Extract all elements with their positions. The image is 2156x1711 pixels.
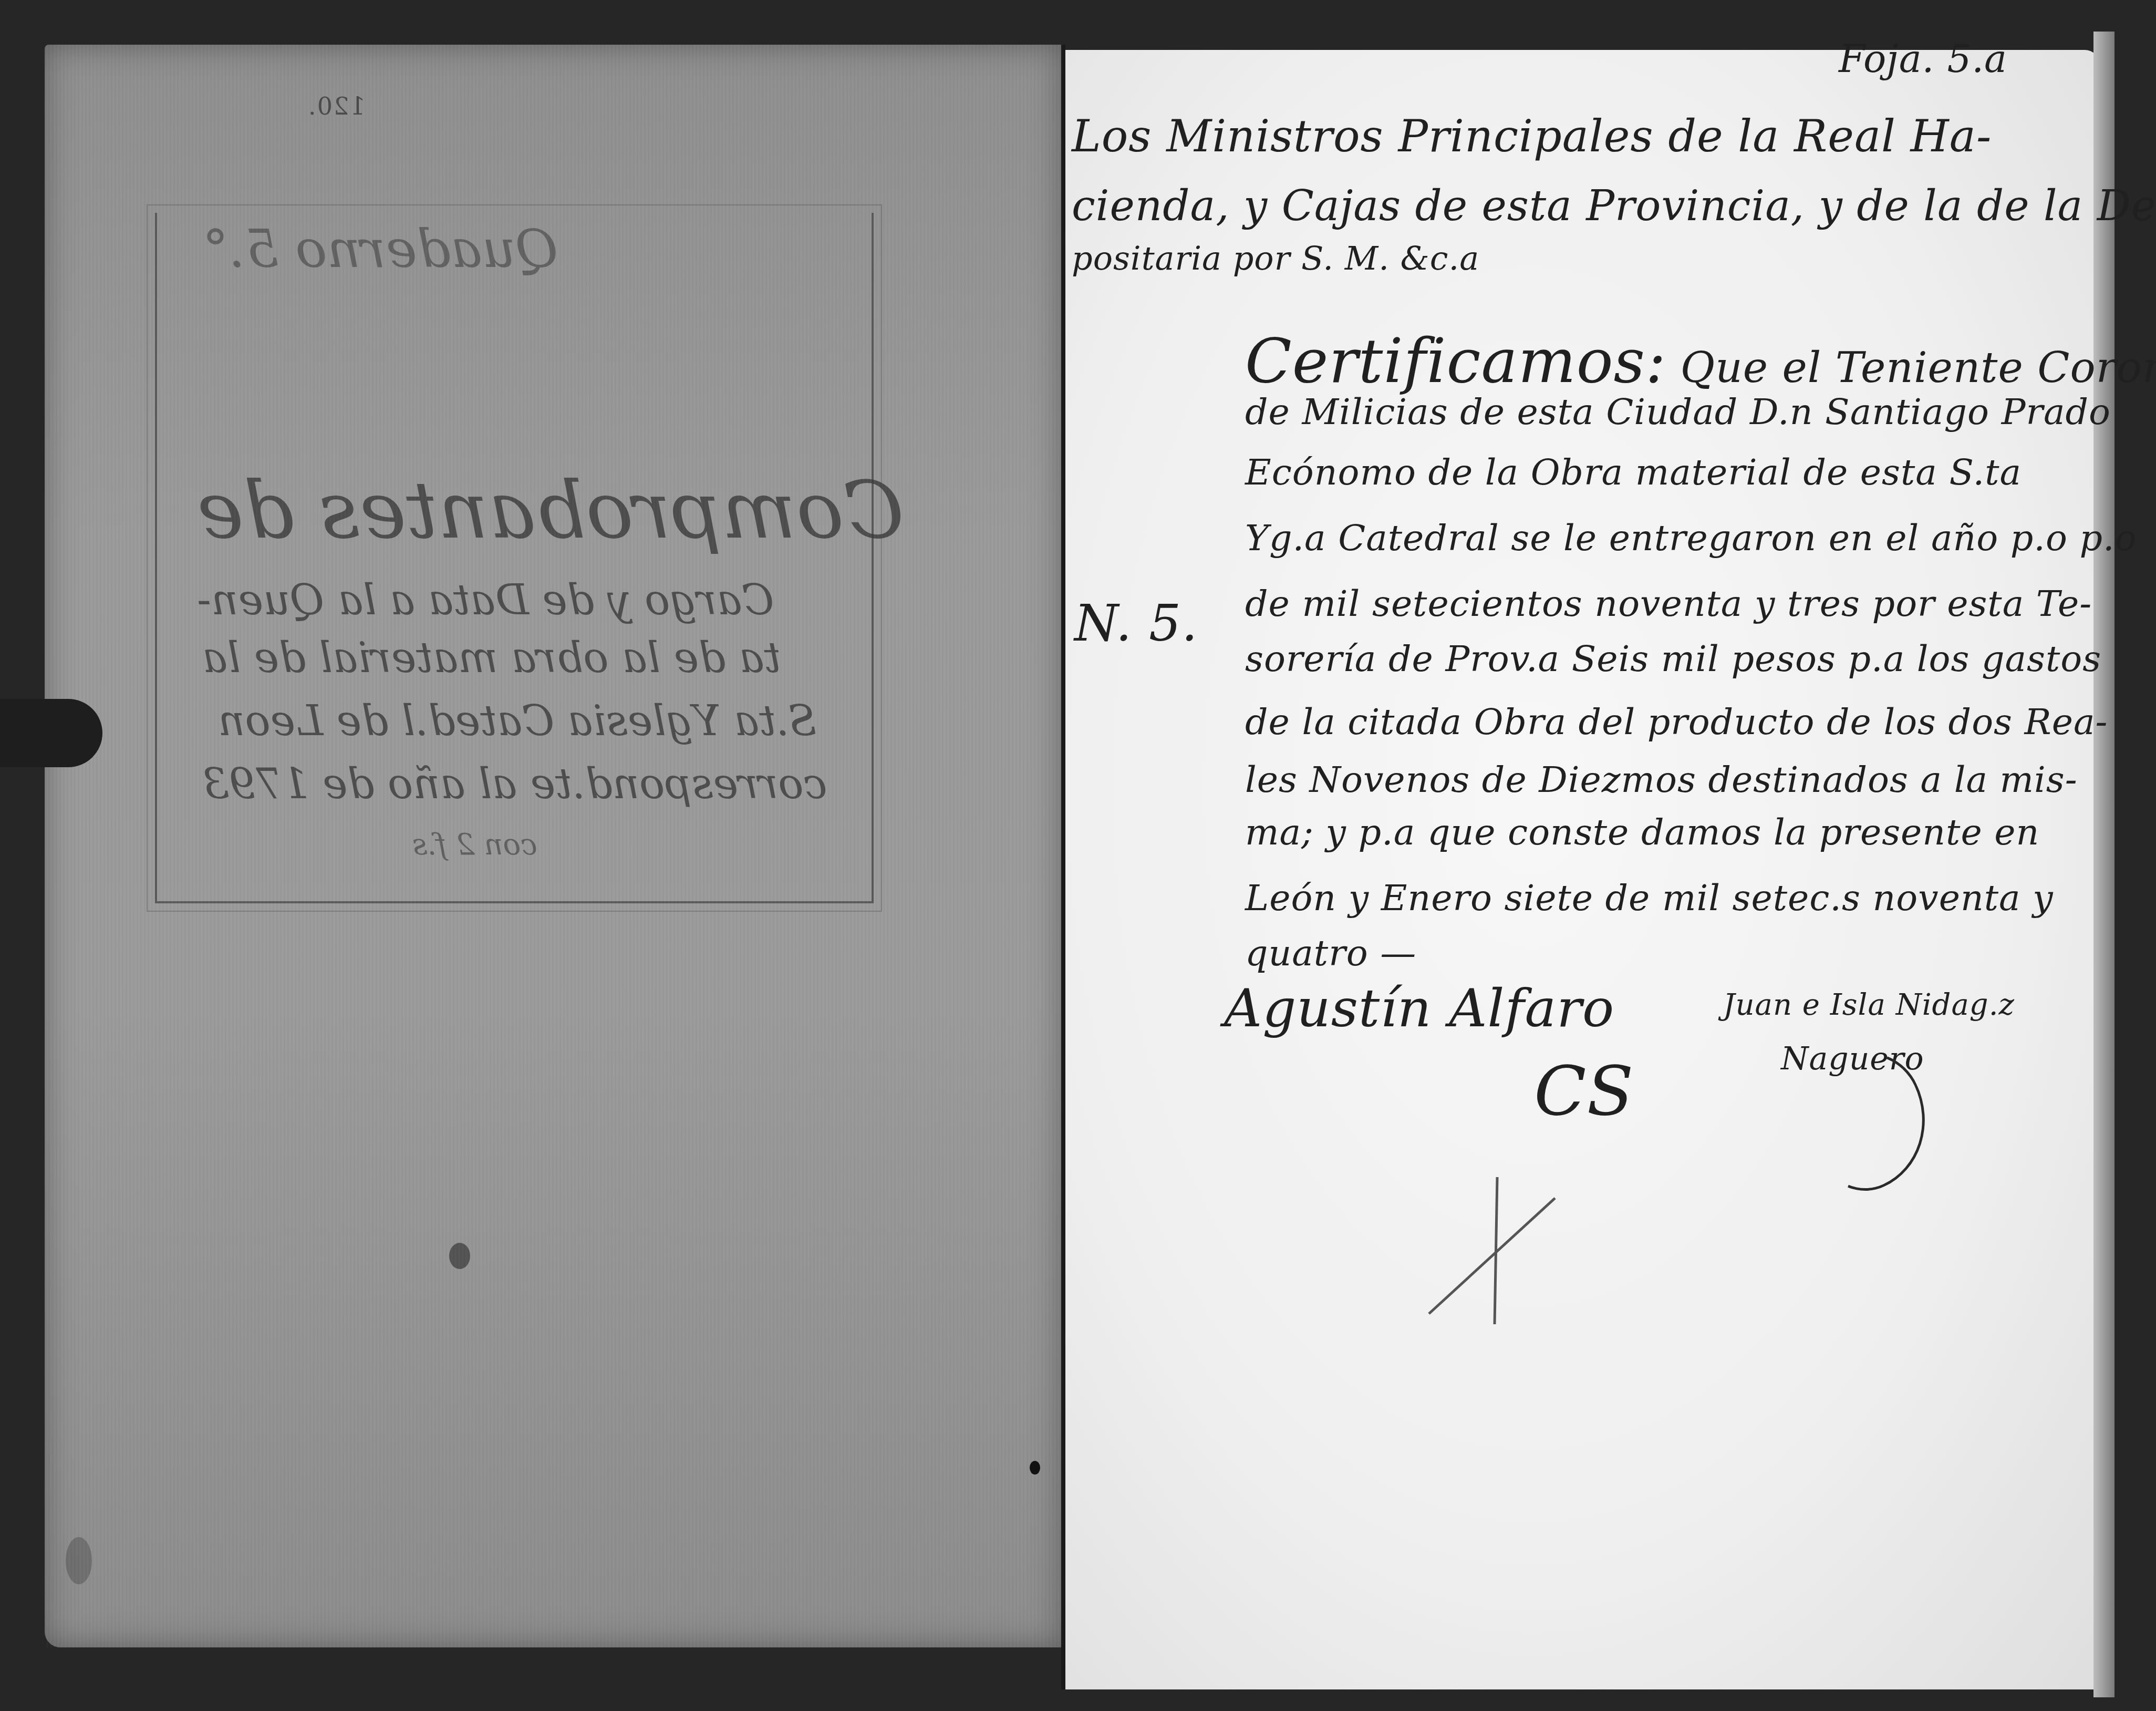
ink-stain xyxy=(449,1243,470,1269)
mirrored-line: S.ta Yglesia Cated.l de Leon xyxy=(218,696,817,745)
mirrored-line: ta de la obra material de la xyxy=(202,633,781,682)
page-edge xyxy=(2093,32,2114,1697)
right-page xyxy=(1065,50,2100,1689)
ink-stain xyxy=(66,1537,92,1584)
number-marker: N. 5. xyxy=(1074,594,1198,653)
body-line: León y Enero siete de mil setec.s novent… xyxy=(1245,878,2054,919)
header-line: positaria por S. M. &c.a xyxy=(1072,239,1479,277)
body-line: quatro — xyxy=(1245,933,1416,974)
header-line: cienda, y Cajas de esta Provincia, y de … xyxy=(1072,181,2156,230)
body-line: ma; y p.a que conste damos la presente e… xyxy=(1245,812,2039,853)
body-line: de la citada Obra del producto de los do… xyxy=(1245,702,2108,743)
mirrored-line: con 2 f.s xyxy=(412,828,537,862)
spine xyxy=(1061,45,1065,1689)
certify-word: Certificamos: xyxy=(1245,326,1666,397)
body-line: sorería de Prov.a Seis mil pesos p.a los… xyxy=(1245,638,2101,680)
body-line: Ecónomo de la Obra material de esta S.ta xyxy=(1245,452,2022,493)
mirrored-line: Cargo y de Data a la Quen- xyxy=(197,575,774,624)
signature-rubric: CS xyxy=(1534,1051,1634,1131)
ruled-box xyxy=(155,213,874,903)
folio-heading: Foja. 5.a xyxy=(1839,37,2007,81)
body-line: de Milicias de esta Ciudad D.n Santiago … xyxy=(1245,391,2111,433)
signature-alfaro: Agustín Alfaro xyxy=(1224,977,1614,1039)
mirrored-heading: Quaderno 5.° xyxy=(202,218,559,280)
body-line: de mil setecientos noventa y tres por es… xyxy=(1245,583,2092,625)
folio-number: 120. xyxy=(307,92,365,120)
mirrored-line: correspond.te al año de 1793 xyxy=(202,759,827,808)
ink-dot xyxy=(1030,1461,1040,1475)
body-line: Yg.a Catedral se le entregaron en el año… xyxy=(1245,518,2137,559)
left-page: 120. Quaderno 5.° Comprobantes de Cargo … xyxy=(45,45,1061,1647)
binding-clip xyxy=(0,699,102,767)
cross-mark-icon xyxy=(1418,1172,1566,1329)
mirrored-title: Comprobantes de xyxy=(197,465,904,556)
body-line: Certificamos: Que el Teniente Coronel xyxy=(1245,326,2156,397)
header-line: Los Ministros Principales de la Real Ha- xyxy=(1072,110,1992,162)
body-line: les Novenos de Diezmos destinados a la m… xyxy=(1245,759,2078,801)
signature-second: Juan e Isla Nidag.z xyxy=(1723,988,2015,1022)
